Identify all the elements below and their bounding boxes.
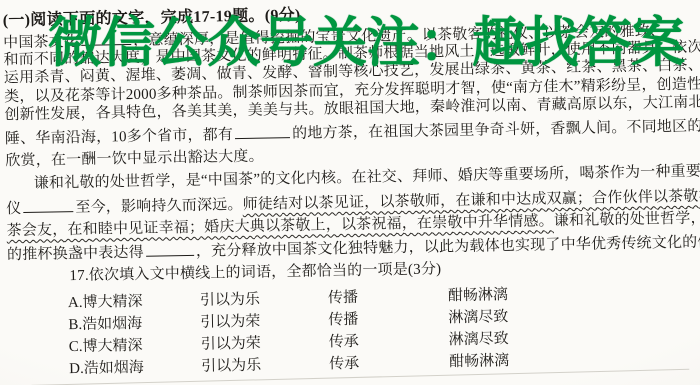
exam-scan-page: (一)阅读下面的文字，完成17-19题。(9分) 中国茶文化，意蕴深厚，是值得挖… (0, 0, 700, 385)
option-cell: 酣畅淋漓 (448, 283, 508, 305)
fill-in-blank (235, 124, 290, 139)
option-label: D.浩如烟海 (69, 356, 144, 378)
option-cell: 传承 (329, 352, 359, 374)
option-cell: 引以为荣 (200, 310, 260, 332)
option-cell: 传播 (328, 286, 358, 308)
passage-text: 至今，影响持久而深远。 (75, 197, 242, 216)
wavy-underline-text: 茶会友，在和睦中见证幸福；婚庆大典以茶敬上，以茶祝福，在崇敬中升华情感。 (7, 213, 554, 239)
option-label: A.博大精深 (68, 290, 143, 312)
wavy-underline-text: 师徒结对以茶见证，以茶敬师，在谦和中达成双赢；合作伙伴以茶敬礼，以 (242, 188, 700, 213)
passage-text: 的推杯换盏中表达得 (7, 245, 144, 264)
passage-text: 欣赏，在一酬一饮中显示出豁达大度。 (5, 149, 264, 170)
passage-text: 谦和礼敬的处世哲学，在茶 (554, 210, 700, 229)
passage-text: ，充分释放中国茶文化独特魅力，以此为载体也实现了中华优秀传统文化的传承。 (196, 234, 700, 260)
watermark-overlay: 微信公众号关注：趣找答案 (48, 0, 684, 77)
option-cell: 传承 (329, 330, 359, 352)
option-cell: 淋漓尽致 (448, 305, 508, 327)
option-cell: 淋漓尽致 (449, 327, 509, 349)
option-cell: 传播 (328, 308, 358, 330)
option-label: B.浩如烟海 (68, 312, 142, 334)
passage-text: 的地方茶，在祖国大茶园里争奇斗妍，香飘人间。不同地区的人们相互 (292, 117, 700, 142)
option-cell: 引以为乐 (201, 354, 261, 376)
passage-text: 仪 (6, 201, 21, 217)
option-cell: 引以为荣 (201, 332, 261, 354)
option-cell: 酣畅淋漓 (449, 349, 509, 371)
fill-in-blank (23, 198, 73, 213)
option-label: C.博大精深 (69, 334, 143, 356)
fill-in-blank (146, 242, 194, 257)
option-cell: 引以为乐 (200, 288, 260, 310)
passage-text: 陲、华南沿海，10多个省市，都有 (5, 127, 233, 147)
